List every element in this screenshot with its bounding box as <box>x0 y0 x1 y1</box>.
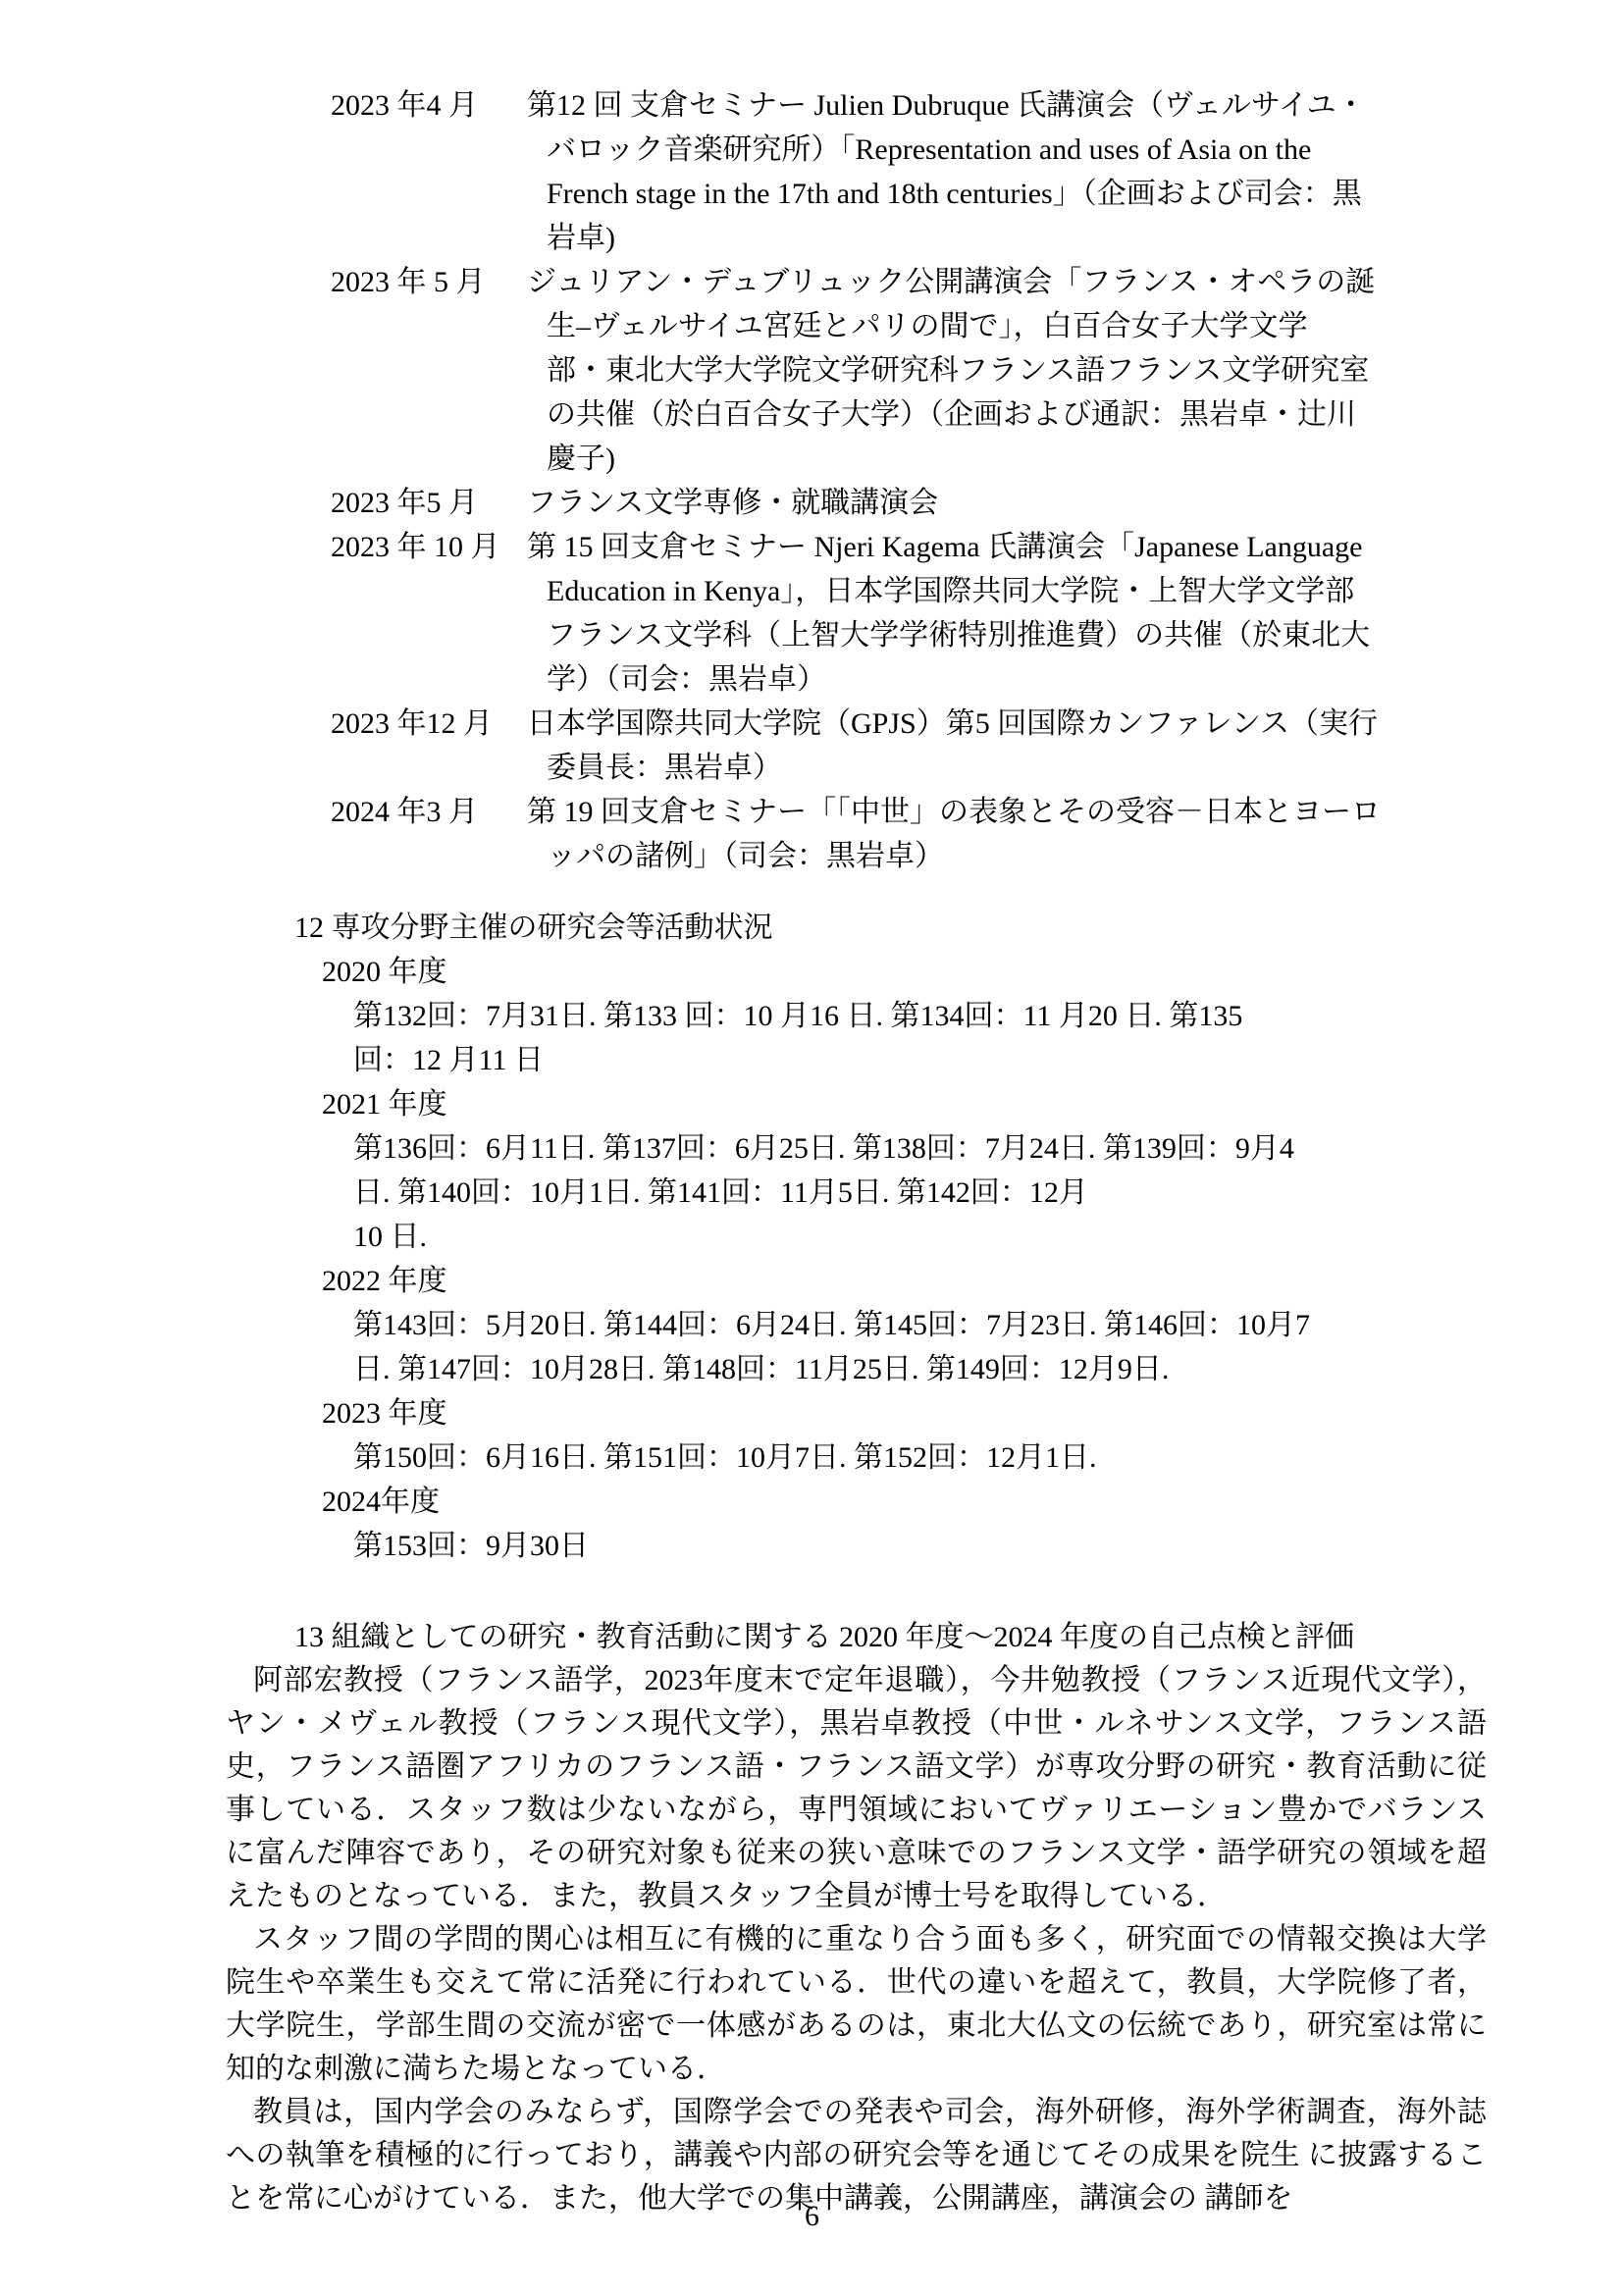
event-line: 日本学国際共同大学院（GPJS）第5 回国際カンファレンス（実行 <box>527 702 1487 746</box>
event-line: 生–ヴェルサイユ宮廷とパリの間で」，白百合女子大学文学 <box>527 304 1487 348</box>
event-line: 委員長：黒岩卓） <box>527 746 1487 790</box>
meeting-dates-line: 第132回：7月31日. 第133 回：10 月16 日. 第134回：11 月… <box>353 994 1487 1038</box>
event-date: 2023 年12 月 <box>331 702 527 790</box>
fiscal-year-group: 2020 年度 第132回：7月31日. 第133 回：10 月16 日. 第1… <box>294 950 1487 1082</box>
meeting-dates-line: 第136回：6月11日. 第137回：6月25日. 第138回：7月24日. 第… <box>353 1126 1487 1171</box>
page-number: 6 <box>0 2199 1624 2234</box>
event-description: 日本学国際共同大学院（GPJS）第5 回国際カンファレンス（実行 委員長：黒岩卓… <box>527 702 1487 790</box>
event-line: 第 15 回支倉セミナー Njeri Kagema 氏講演会「Japanese … <box>527 525 1487 569</box>
fiscal-year-label: 2023 年度 <box>322 1391 1487 1435</box>
fiscal-year-label: 2022 年度 <box>322 1259 1487 1303</box>
section-12-heading: 12 専攻分野主催の研究会等活動状況 <box>294 906 1487 950</box>
event-date: 2023 年5 月 <box>331 481 527 525</box>
event-line: バロック音楽研究所）「Representation and uses of As… <box>527 128 1487 172</box>
event-description: 第 15 回支倉セミナー Njeri Kagema 氏講演会「Japanese … <box>527 525 1487 702</box>
document-page: 2023 年4 月 第12 回 支倉セミナー Julien Dubruque 氏… <box>0 0 1624 2295</box>
fiscal-year-group: 2021 年度 第136回：6月11日. 第137回：6月25日. 第138回：… <box>294 1082 1487 1259</box>
evaluation-paragraph: 阿部宏教授（フランス語学，2023年度末で定年退職），今井勉教授（フランス近現代… <box>226 1659 1487 1918</box>
event-row: 2023 年12 月 日本学国際共同大学院（GPJS）第5 回国際カンファレンス… <box>331 702 1487 790</box>
fiscal-year-group: 2024年度 第153回：9月30日 <box>294 1480 1487 1568</box>
meeting-dates-line: 第150回：6月16日. 第151回：10月7日. 第152回：12月1日. <box>353 1435 1487 1480</box>
fiscal-year-label: 2020 年度 <box>322 950 1487 994</box>
event-line: 慶子) <box>527 437 1487 481</box>
event-line: フランス文学科（上智大学学術特別推進費）の共催（於東北大 <box>527 613 1487 657</box>
section-13-heading: 13 組織としての研究・教育活動に関する 2020 年度～2024 年度の自己点… <box>294 1615 1487 1659</box>
events-list: 2023 年4 月 第12 回 支倉セミナー Julien Dubruque 氏… <box>331 83 1487 878</box>
meeting-dates-line: 回：12 月11 日 <box>353 1038 1487 1082</box>
event-row: 2023 年5 月 フランス文学専修・就職講演会 <box>331 481 1487 525</box>
event-description: ジュリアン・デュブリュック公開講演会「フランス・オペラの誕 生–ヴェルサイユ宮廷… <box>527 260 1487 481</box>
page-content: 2023 年4 月 第12 回 支倉セミナー Julien Dubruque 氏… <box>226 83 1487 2220</box>
event-date: 2023 年 5 月 <box>331 260 527 481</box>
section-13: 13 組織としての研究・教育活動に関する 2020 年度～2024 年度の自己点… <box>226 1615 1487 2220</box>
event-line: French stage in the 17th and 18th centur… <box>527 172 1487 216</box>
event-line: 学）（司会：黒岩卓） <box>527 657 1487 702</box>
event-row: 2023 年4 月 第12 回 支倉セミナー Julien Dubruque 氏… <box>331 83 1487 260</box>
event-date: 2023 年 10 月 <box>331 525 527 702</box>
evaluation-paragraph: スタッフ間の学問的関心は相互に有機的に重なり合う面も多く，研究面での情報交換は大… <box>226 1918 1487 2091</box>
event-description: 第12 回 支倉セミナー Julien Dubruque 氏講演会（ヴェルサイユ… <box>527 83 1487 260</box>
event-description: フランス文学専修・就職講演会 <box>527 481 1487 525</box>
fiscal-year-label: 2021 年度 <box>322 1082 1487 1126</box>
fiscal-year-label: 2024年度 <box>322 1480 1487 1524</box>
meeting-dates-line: 日. 第140回：10月1日. 第141回：11月5日. 第142回：12月 <box>353 1171 1487 1215</box>
event-line: の共催（於白百合女子大学）（企画および通訳：黒岩卓・辻川 <box>527 392 1487 437</box>
event-row: 2023 年 5 月 ジュリアン・デュブリュック公開講演会「フランス・オペラの誕… <box>331 260 1487 481</box>
section-12: 12 専攻分野主催の研究会等活動状況 2020 年度 第132回：7月31日. … <box>294 906 1487 1568</box>
event-line: Education in Kenya」，日本学国際共同大学院・上智大学文学部 <box>527 569 1487 613</box>
event-row: 2023 年 10 月 第 15 回支倉セミナー Njeri Kagema 氏講… <box>331 525 1487 702</box>
event-line: フランス文学専修・就職講演会 <box>527 481 1487 525</box>
event-line: 部・東北大学大学院文学研究科フランス語フランス文学研究室 <box>527 348 1487 392</box>
event-line: 第 19 回支倉セミナー「「中世」の表象とその受容－日本とヨーロ <box>527 790 1487 834</box>
event-date: 2023 年4 月 <box>331 83 527 260</box>
fiscal-year-group: 2022 年度 第143回：5月20日. 第144回：6月24日. 第145回：… <box>294 1259 1487 1391</box>
event-row: 2024 年3 月 第 19 回支倉セミナー「「中世」の表象とその受容－日本とヨ… <box>331 790 1487 878</box>
event-line: 第12 回 支倉セミナー Julien Dubruque 氏講演会（ヴェルサイユ… <box>527 83 1487 128</box>
event-date: 2024 年3 月 <box>331 790 527 878</box>
event-line: 岩卓) <box>527 216 1487 260</box>
event-description: 第 19 回支倉セミナー「「中世」の表象とその受容－日本とヨーロ ッパの諸例」（… <box>527 790 1487 878</box>
meeting-dates-line: 日. 第147回：10月28日. 第148回：11月25日. 第149回：12月… <box>353 1347 1487 1391</box>
fiscal-year-group: 2023 年度 第150回：6月16日. 第151回：10月7日. 第152回：… <box>294 1391 1487 1480</box>
meeting-dates-line: 第153回：9月30日 <box>353 1524 1487 1568</box>
meeting-dates-line: 第143回：5月20日. 第144回：6月24日. 第145回：7月23日. 第… <box>353 1303 1487 1347</box>
event-line: ジュリアン・デュブリュック公開講演会「フランス・オペラの誕 <box>527 260 1487 304</box>
event-line: ッパの諸例」（司会：黒岩卓） <box>527 834 1487 878</box>
meeting-dates-line: 10 日. <box>353 1215 1487 1259</box>
